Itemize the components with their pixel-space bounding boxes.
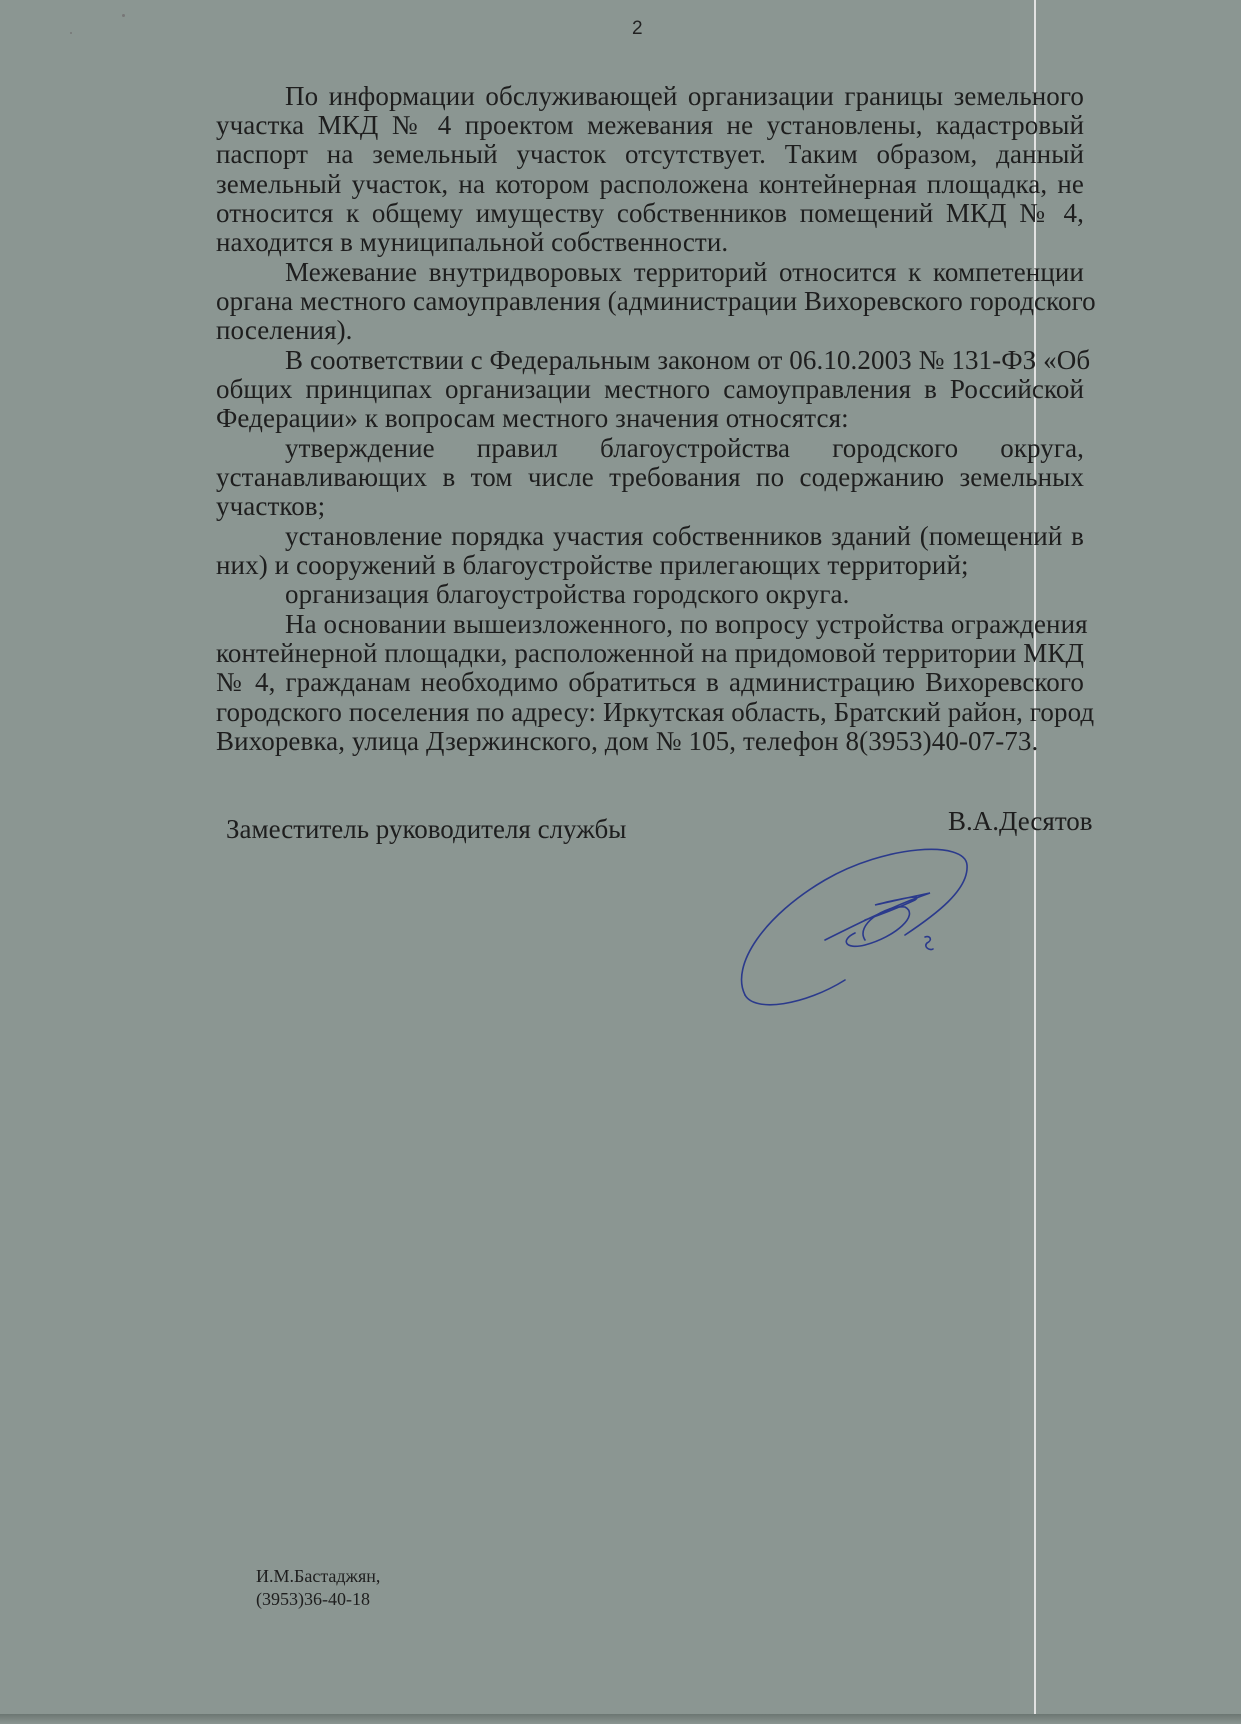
- body-text-line: В соответствии с Федеральным законом от …: [285, 346, 1084, 375]
- body-text-line: относится к общему имуществу собственник…: [216, 199, 1084, 228]
- body-text-line: Федерации» к вопросам местного значения …: [216, 404, 1084, 433]
- handwritten-signature-icon: [735, 845, 975, 1010]
- page-number: 2: [632, 18, 643, 40]
- body-text-line: находится в муниципальной собственности.: [216, 228, 1084, 257]
- body-text-line: участков;: [216, 492, 1084, 521]
- body-text-line: них) и сооружений в благоустройстве прил…: [216, 551, 1084, 580]
- scanner-background: [0, 1714, 1241, 1724]
- body-text-line: утверждение правил благоустройства город…: [285, 434, 1084, 463]
- body-text-line: организация благоустройства городского о…: [285, 580, 1084, 609]
- body-text-line: участка МКД № 4 проектом межевания не ус…: [216, 111, 1084, 140]
- body-text-line: По информации обслуживающей организации …: [285, 82, 1084, 111]
- body-text-line: устанавливающих в том числе требования п…: [216, 463, 1084, 492]
- body-text-line: № 4, гражданам необходимо обратиться в а…: [216, 668, 1084, 697]
- body-text-line: городского поселения по адресу: Иркутска…: [216, 698, 1084, 727]
- executor-name: И.М.Бастаджян,: [256, 1566, 380, 1587]
- body-text-line: Межевание внутридворовых территорий отно…: [285, 258, 1084, 287]
- document-page: 2 По информации обслуживающей организаци…: [0, 0, 1241, 1724]
- signature-title: Заместитель руководителя службы: [226, 814, 626, 845]
- body-text-line: Вихоревка, улица Дзержинского, дом № 105…: [216, 727, 1084, 756]
- scan-speck: [70, 32, 72, 34]
- body-text-line: На основании вышеизложенного, по вопросу…: [285, 610, 1084, 639]
- body-text-line: органа местного самоуправления (админист…: [216, 287, 1084, 316]
- scan-speck: [122, 14, 125, 17]
- body-text-line: общих принципах организации местного сам…: [216, 375, 1084, 404]
- signatory-name: В.А.Десятов: [948, 806, 1093, 837]
- body-text-line: паспорт на земельный участок отсутствует…: [216, 140, 1084, 169]
- body-text-line: поселения).: [216, 316, 1084, 345]
- body-text-line: земельный участок, на котором расположен…: [216, 170, 1084, 199]
- body-text-line: установление порядка участия собственник…: [285, 522, 1084, 551]
- body-text-line: контейнерной площадки, расположенной на …: [216, 639, 1084, 668]
- executor-phone: (3953)36-40-18: [256, 1589, 370, 1610]
